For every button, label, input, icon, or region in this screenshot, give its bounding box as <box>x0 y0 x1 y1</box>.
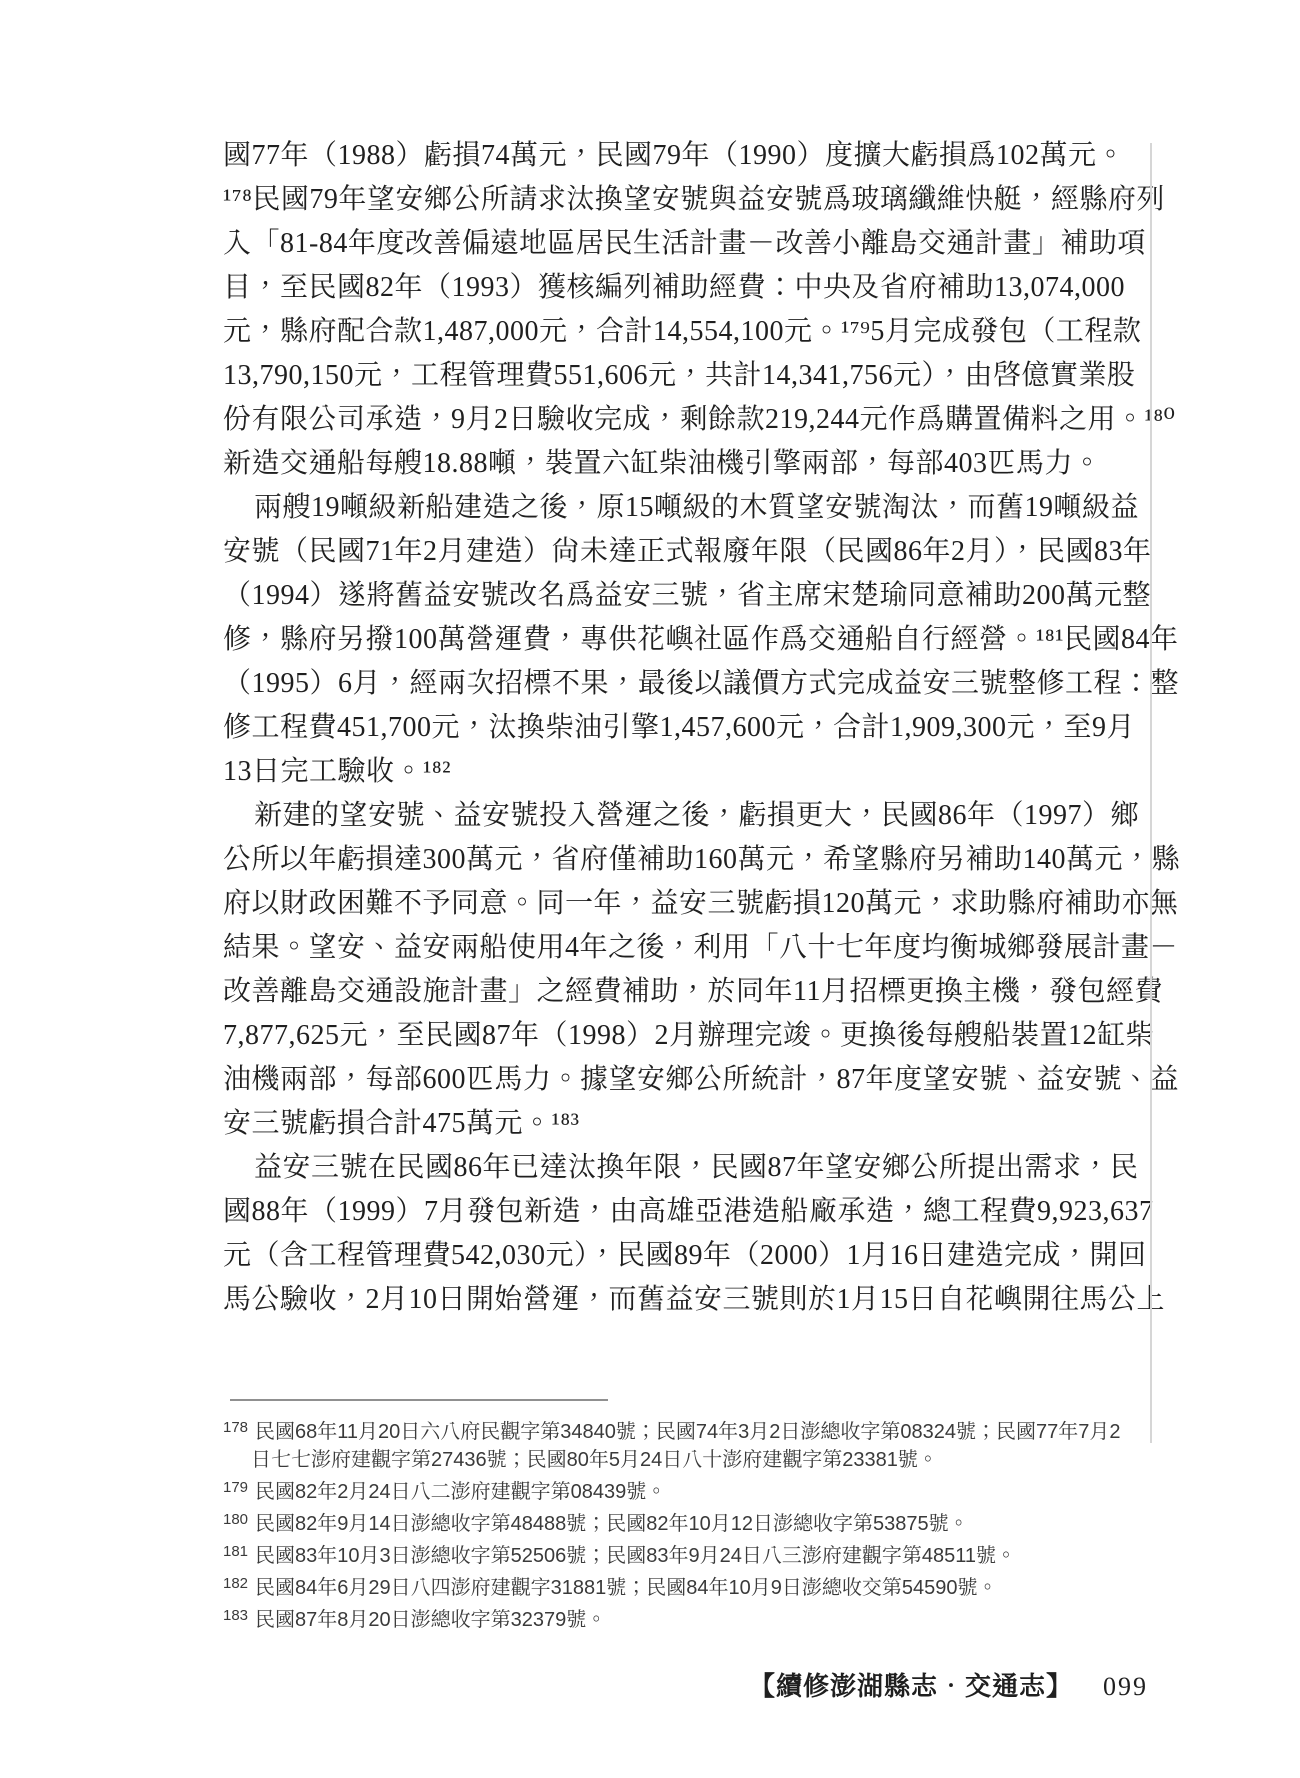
footnote-text: 民國68年11月20日六八府民觀字第34840號；民國74年3月2日澎總收字第0… <box>251 1421 1121 1471</box>
footnote-number: 180 <box>223 1511 255 1528</box>
footnotes: 178民國68年11月20日六八府民觀字第34840號；民國74年3月2日澎總收… <box>223 1414 1123 1634</box>
body-line: 元，縣府配合款1,487,000元，合計14,554,100元。¹⁷⁹5月完成發… <box>223 310 1115 354</box>
body-line: 新建的望安號、益安號投入營運之後，虧損更大，民國86年（1997）鄉 <box>223 794 1115 838</box>
body-line: 修，縣府另撥100萬營運費，專供花嶼社區作爲交通船自行經營。¹⁸¹民國84年 <box>223 618 1115 662</box>
footer-book-title: 【續修澎湖縣志．交通志】 <box>749 1672 1073 1701</box>
body-line: 13日完工驗收。¹⁸² <box>223 750 1115 794</box>
body-line: 改善離島交通設施計畫」之經費補助，於同年11月招標更換主機，發包經費 <box>223 970 1115 1014</box>
page-number: 099 <box>1103 1672 1148 1701</box>
document-page: 國77年（1988）虧損74萬元，民國79年（1990）度擴大虧損爲102萬元。… <box>0 0 1300 1778</box>
body-line: 7,877,625元，至民國87年（1998）2月辦理完竣。更換後每艘船裝置12… <box>223 1014 1115 1058</box>
footnote-text: 民國87年8月20日澎總收字第32379號。 <box>255 1609 606 1631</box>
body-line: 修工程費451,700元，汰換柴油引擎1,457,600元，合計1,909,30… <box>223 706 1115 750</box>
body-line: 油機兩部，每部600匹馬力。據望安鄉公所統計，87年度望安號、益安號、益 <box>223 1058 1115 1102</box>
footnote-number: 181 <box>223 1543 255 1560</box>
footnote: 178民國68年11月20日六八府民觀字第34840號；民國74年3月2日澎總收… <box>223 1414 1123 1474</box>
footnote: 182民國84年6月29日八四澎府建觀字31881號；民國84年10月9日澎總收… <box>223 1570 1123 1602</box>
body-line: 目，至民國82年（1993）獲核編列補助經費：中央及省府補助13,074,000 <box>223 266 1115 310</box>
footnote-number: 183 <box>223 1607 255 1624</box>
footnote-text: 民國83年10月3日澎總收字第52506號；民國83年9月24日八三澎府建觀字第… <box>255 1545 1016 1567</box>
body-line: 份有限公司承造，9月2日驗收完成，剩餘款219,244元作爲購置備料之用。¹⁸⁰ <box>223 398 1115 442</box>
body-line: 入「81-84年度改善偏遠地區居民生活計畫－改善小離島交通計畫」補助項 <box>223 222 1115 266</box>
footnote: 183民國87年8月20日澎總收字第32379號。 <box>223 1602 1123 1634</box>
footnote-separator <box>230 1399 608 1401</box>
body-line: 兩艘19噸級新船建造之後，原15噸級的木質望安號淘汰，而舊19噸級益 <box>223 486 1115 530</box>
footnote-text: 民國82年9月14日澎總收字第48488號；民國82年10月12日澎總收字第53… <box>255 1513 969 1535</box>
body-line: 馬公驗收，2月10日開始營運，而舊益安三號則於1月15日自花嶼開往馬公上 <box>223 1278 1115 1322</box>
footnote-number: 178 <box>223 1419 255 1436</box>
body-line: 益安三號在民國86年已達汰換年限，民國87年望安鄉公所提出需求，民 <box>223 1146 1115 1190</box>
body-line: 結果。望安、益安兩船使用4年之後，利用「八十七年度均衡城鄉發展計畫－ <box>223 926 1115 970</box>
body-line: 安號（民國71年2月建造）尙未達正式報廢年限（民國86年2月），民國83年 <box>223 530 1115 574</box>
footnote: 180民國82年9月14日澎總收字第48488號；民國82年10月12日澎總收字… <box>223 1506 1123 1538</box>
body-line: 府以財政困難不予同意。同一年，益安三號虧損120萬元，求助縣府補助亦無 <box>223 882 1115 926</box>
scan-edge-line <box>1150 143 1152 1443</box>
footnote-number: 182 <box>223 1575 255 1592</box>
body-line: 國88年（1999）7月發包新造，由高雄亞港造船廠承造，總工程費9,923,63… <box>223 1190 1115 1234</box>
body-text: 國77年（1988）虧損74萬元，民國79年（1990）度擴大虧損爲102萬元。… <box>223 134 1115 1322</box>
footnote: 179民國82年2月24日八二澎府建觀字第08439號。 <box>223 1474 1123 1506</box>
body-line: （1994）遂將舊益安號改名爲益安三號，省主席宋楚瑜同意補助200萬元整 <box>223 574 1115 618</box>
footnote: 181民國83年10月3日澎總收字第52506號；民國83年9月24日八三澎府建… <box>223 1538 1123 1570</box>
body-line: 新造交通船每艘18.88噸，裝置六缸柴油機引擎兩部，每部403匹馬力。 <box>223 442 1115 486</box>
body-line: （1995）6月，經兩次招標不果，最後以議價方式完成益安三號整修工程：整 <box>223 662 1115 706</box>
body-line: 國77年（1988）虧損74萬元，民國79年（1990）度擴大虧損爲102萬元。 <box>223 134 1115 178</box>
body-line: 公所以年虧損達300萬元，省府僅補助160萬元，希望縣府另補助140萬元，縣 <box>223 838 1115 882</box>
body-line: ¹⁷⁸民國79年望安鄉公所請求汰換望安號與益安號爲玻璃纖維快艇，經縣府列 <box>223 178 1115 222</box>
footnote-text: 民國82年2月24日八二澎府建觀字第08439號。 <box>255 1481 666 1503</box>
body-line: 安三號虧損合計475萬元。¹⁸³ <box>223 1102 1115 1146</box>
body-line: 13,790,150元，工程管理費551,606元，共計14,341,756元）… <box>223 354 1115 398</box>
footnote-number: 179 <box>223 1479 255 1496</box>
body-line: 元（含工程管理費542,030元），民國89年（2000）1月16日建造完成，開… <box>223 1234 1115 1278</box>
page-footer: 【續修澎湖縣志．交通志】099 <box>749 1666 1148 1703</box>
footnote-text: 民國84年6月29日八四澎府建觀字31881號；民國84年10月9日澎總收交第5… <box>255 1577 997 1599</box>
